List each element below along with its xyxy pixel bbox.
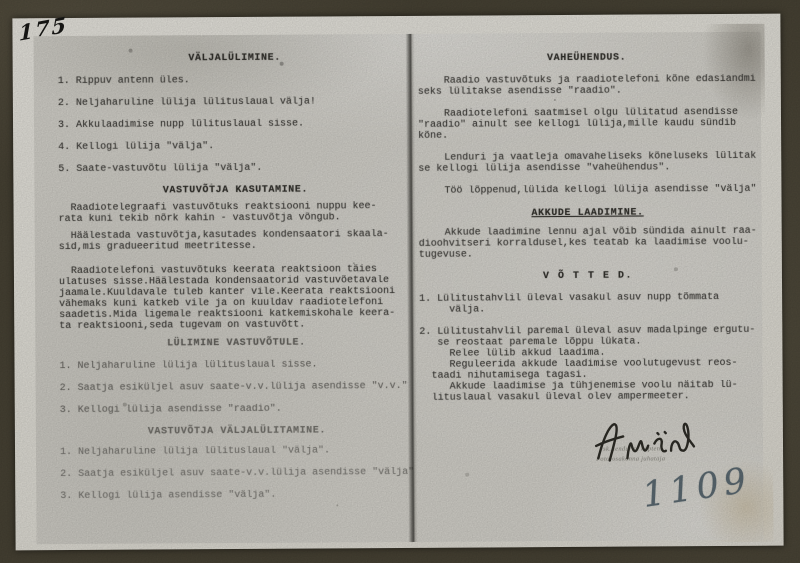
section-heading: VAHEÜHENDUS. xyxy=(418,52,756,65)
section-heading: V Õ T T E D. xyxy=(419,270,757,283)
text-line: lituslaual vasakul üleval olev ampermeet… xyxy=(420,391,758,404)
text-line: 3. Kellogi lülija asendisse "raadio". xyxy=(60,403,414,416)
signature-caption-line: Jsk. lendurite kapten. xyxy=(600,444,662,454)
numbered-item: 2. Lülitustahvlil paremal üleval asuv ma… xyxy=(419,325,757,404)
paragraph: Raadiotelegraafi vastuvõtuks reaktsiooni… xyxy=(59,201,413,225)
document-scan: VÄLJALÜLIMINE. 1. Rippuv antenn üles. 2.… xyxy=(33,32,763,544)
section-heading: AKKUDE LAADIMINE. xyxy=(419,207,757,220)
numbered-list: 1. Rippuv antenn üles. 2. Neljaharuline … xyxy=(58,74,413,175)
paragraph: Lenduri ja vaatleja omavaheliseks kõnelu… xyxy=(418,151,756,175)
paragraph: Raadio vastuvõtuks ja raadiotelefoni kõn… xyxy=(418,74,756,98)
text-line: kõne. xyxy=(418,129,756,142)
signature-caption-line: Foto-osakonna juhataja xyxy=(596,454,665,464)
scanner-background: 175 VÄLJALÜLIMINE. 1. Rippuv antenn üles… xyxy=(0,0,800,563)
section-heading: VÄLJALÜLIMINE. xyxy=(58,52,412,65)
numbered-list: 1. Neljaharuline lülija lülituslaual sis… xyxy=(59,359,413,416)
text-line: 1. Neljaharuline lülija lülituslaual "vä… xyxy=(60,445,414,458)
text-line: seks lülitakse asendisse "raadio". xyxy=(418,85,756,98)
text-line: 5. Saate-vastuvõtu lülija "välja". xyxy=(58,162,412,175)
text-line: 3. Akkulaadimise nupp lülituslaual sisse… xyxy=(58,118,412,131)
text-line: 1. Neljaharuline lülija lülituslaual sis… xyxy=(59,359,413,372)
text-line: 1. Lülitustahvlil üleval vasakul asuv nu… xyxy=(419,292,757,305)
text-line: 4. Kellogi lülija "välja". xyxy=(58,140,412,153)
text-line: Töö lõppenud,lülida kellogi lülija asend… xyxy=(418,184,756,197)
text-line: välja. xyxy=(419,303,757,316)
text-line: sid,mis gradueeritud meetritesse. xyxy=(59,240,413,253)
paragraph: Raadiotelefoni saatmisel olgu lülitatud … xyxy=(418,107,756,142)
dust-specks xyxy=(33,36,35,38)
section-heading: VASTUVÕTJA KASUTAMINE. xyxy=(58,184,412,197)
photograph: 175 VÄLJALÜLIMINE. 1. Rippuv antenn üles… xyxy=(12,14,783,551)
numbered-list: 1. Neljaharuline lülija lülituslaual "vä… xyxy=(60,445,414,502)
text-line: dioohvitseri korraldusel,kes teatab ka l… xyxy=(419,237,757,250)
text-line: 3. Kellogi lülija asendisse "välja". xyxy=(60,489,414,502)
page-fold xyxy=(405,34,417,542)
paragraph: Raadiotelefoni vastuvõtuks keerata reakt… xyxy=(59,264,413,332)
text-line: 2. Saatja esiküljel asuv saate-v.v.lülij… xyxy=(60,467,414,480)
paragraph: Häälestada vastuvõtja,kasutades kondensa… xyxy=(59,229,413,253)
document-page-right: VAHEÜHENDUS. Raadio vastuvõtuks ja raadi… xyxy=(418,52,758,404)
document-page-left: VÄLJALÜLIMINE. 1. Rippuv antenn üles. 2.… xyxy=(58,52,415,513)
text-line: rata kuni tekib nõrk kahin - vastuvõtja … xyxy=(59,212,413,225)
text-line: 2. Neljaharuline lülija lülituslaual väl… xyxy=(58,96,412,109)
numbered-item: 1. Lülitustahvlil üleval vasakul asuv nu… xyxy=(419,292,757,316)
text-line: 1. Rippuv antenn üles. xyxy=(58,74,412,87)
text-line: tugevuse. xyxy=(419,248,757,261)
paragraph: Töö lõppenud,lülida kellogi lülija asend… xyxy=(418,184,756,197)
paragraph: Akkude laadimine lennu ajal võib sündida… xyxy=(419,226,757,261)
text-line: 2. Saatja esiküljel asuv saate-v.v.lülij… xyxy=(60,381,414,394)
section-heading: LÜLIMINE VASTUVÕTULE. xyxy=(59,337,413,350)
text-line: ta reaktsiooni,seda tugevam on vastuvõtt… xyxy=(59,319,413,332)
text-line: Reguleerida akkude laadimise voolutugevu… xyxy=(419,358,757,371)
text-line: "raadio" ainult see kellogi lülija,mille… xyxy=(418,118,756,131)
text-line: se kellogi lülija asendisse "vaheühendus… xyxy=(418,162,756,175)
section-heading: VASTUVÕTJA VÄLJALÜLITAMINE. xyxy=(60,425,414,438)
